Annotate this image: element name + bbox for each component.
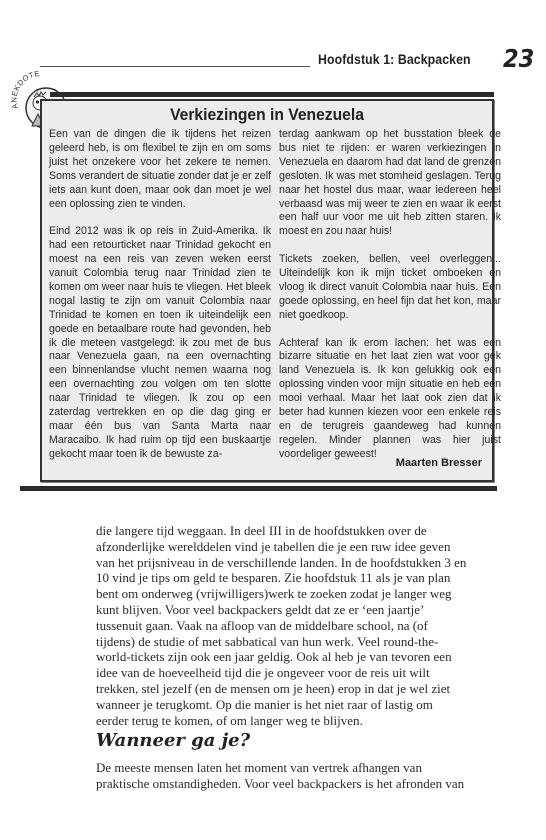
- anecdote-left-column: Een van de dingen die ik tijdens het rei…: [49, 128, 271, 462]
- anecdote-box: Verkiezingen in Venezuela Een van de din…: [40, 99, 494, 482]
- running-head: Hoofdstuk 1: Backpacken: [318, 51, 471, 67]
- anecdote-paragraph: Achteraf kan ik erom lachen: het was een…: [279, 337, 501, 462]
- anecdote-title: Verkiezingen in Venezuela: [60, 105, 474, 125]
- anecdote-author: Maarten Bresser: [396, 457, 482, 469]
- section-heading: Wanneer ga je?: [96, 730, 250, 751]
- box-bottom-bar: [20, 486, 497, 491]
- section-body: De meeste mensen laten het moment van ve…: [96, 760, 468, 792]
- anecdote-paragraph: Eind 2012 was ik op reis in Zuid-Amerika…: [49, 225, 271, 461]
- box-top-bar: [50, 92, 494, 97]
- body-text: die langere tijd weggaan. In deel III in…: [96, 523, 468, 728]
- page-number: 23: [503, 44, 534, 73]
- anecdote-paragraph: terdag aankwam op het busstation bleek d…: [279, 128, 501, 239]
- anecdote-right-column: terdag aankwam op het busstation bleek d…: [279, 128, 501, 462]
- section-paragraph: De meeste mensen laten het moment van ve…: [96, 760, 468, 792]
- anecdote-paragraph: Een van de dingen die ik tijdens het rei…: [49, 128, 271, 211]
- anecdote-paragraph: Tickets zoeken, bellen, veel overleggen.…: [279, 253, 501, 323]
- header-rule: [40, 66, 310, 67]
- body-paragraph: die langere tijd weggaan. In deel III in…: [96, 523, 468, 728]
